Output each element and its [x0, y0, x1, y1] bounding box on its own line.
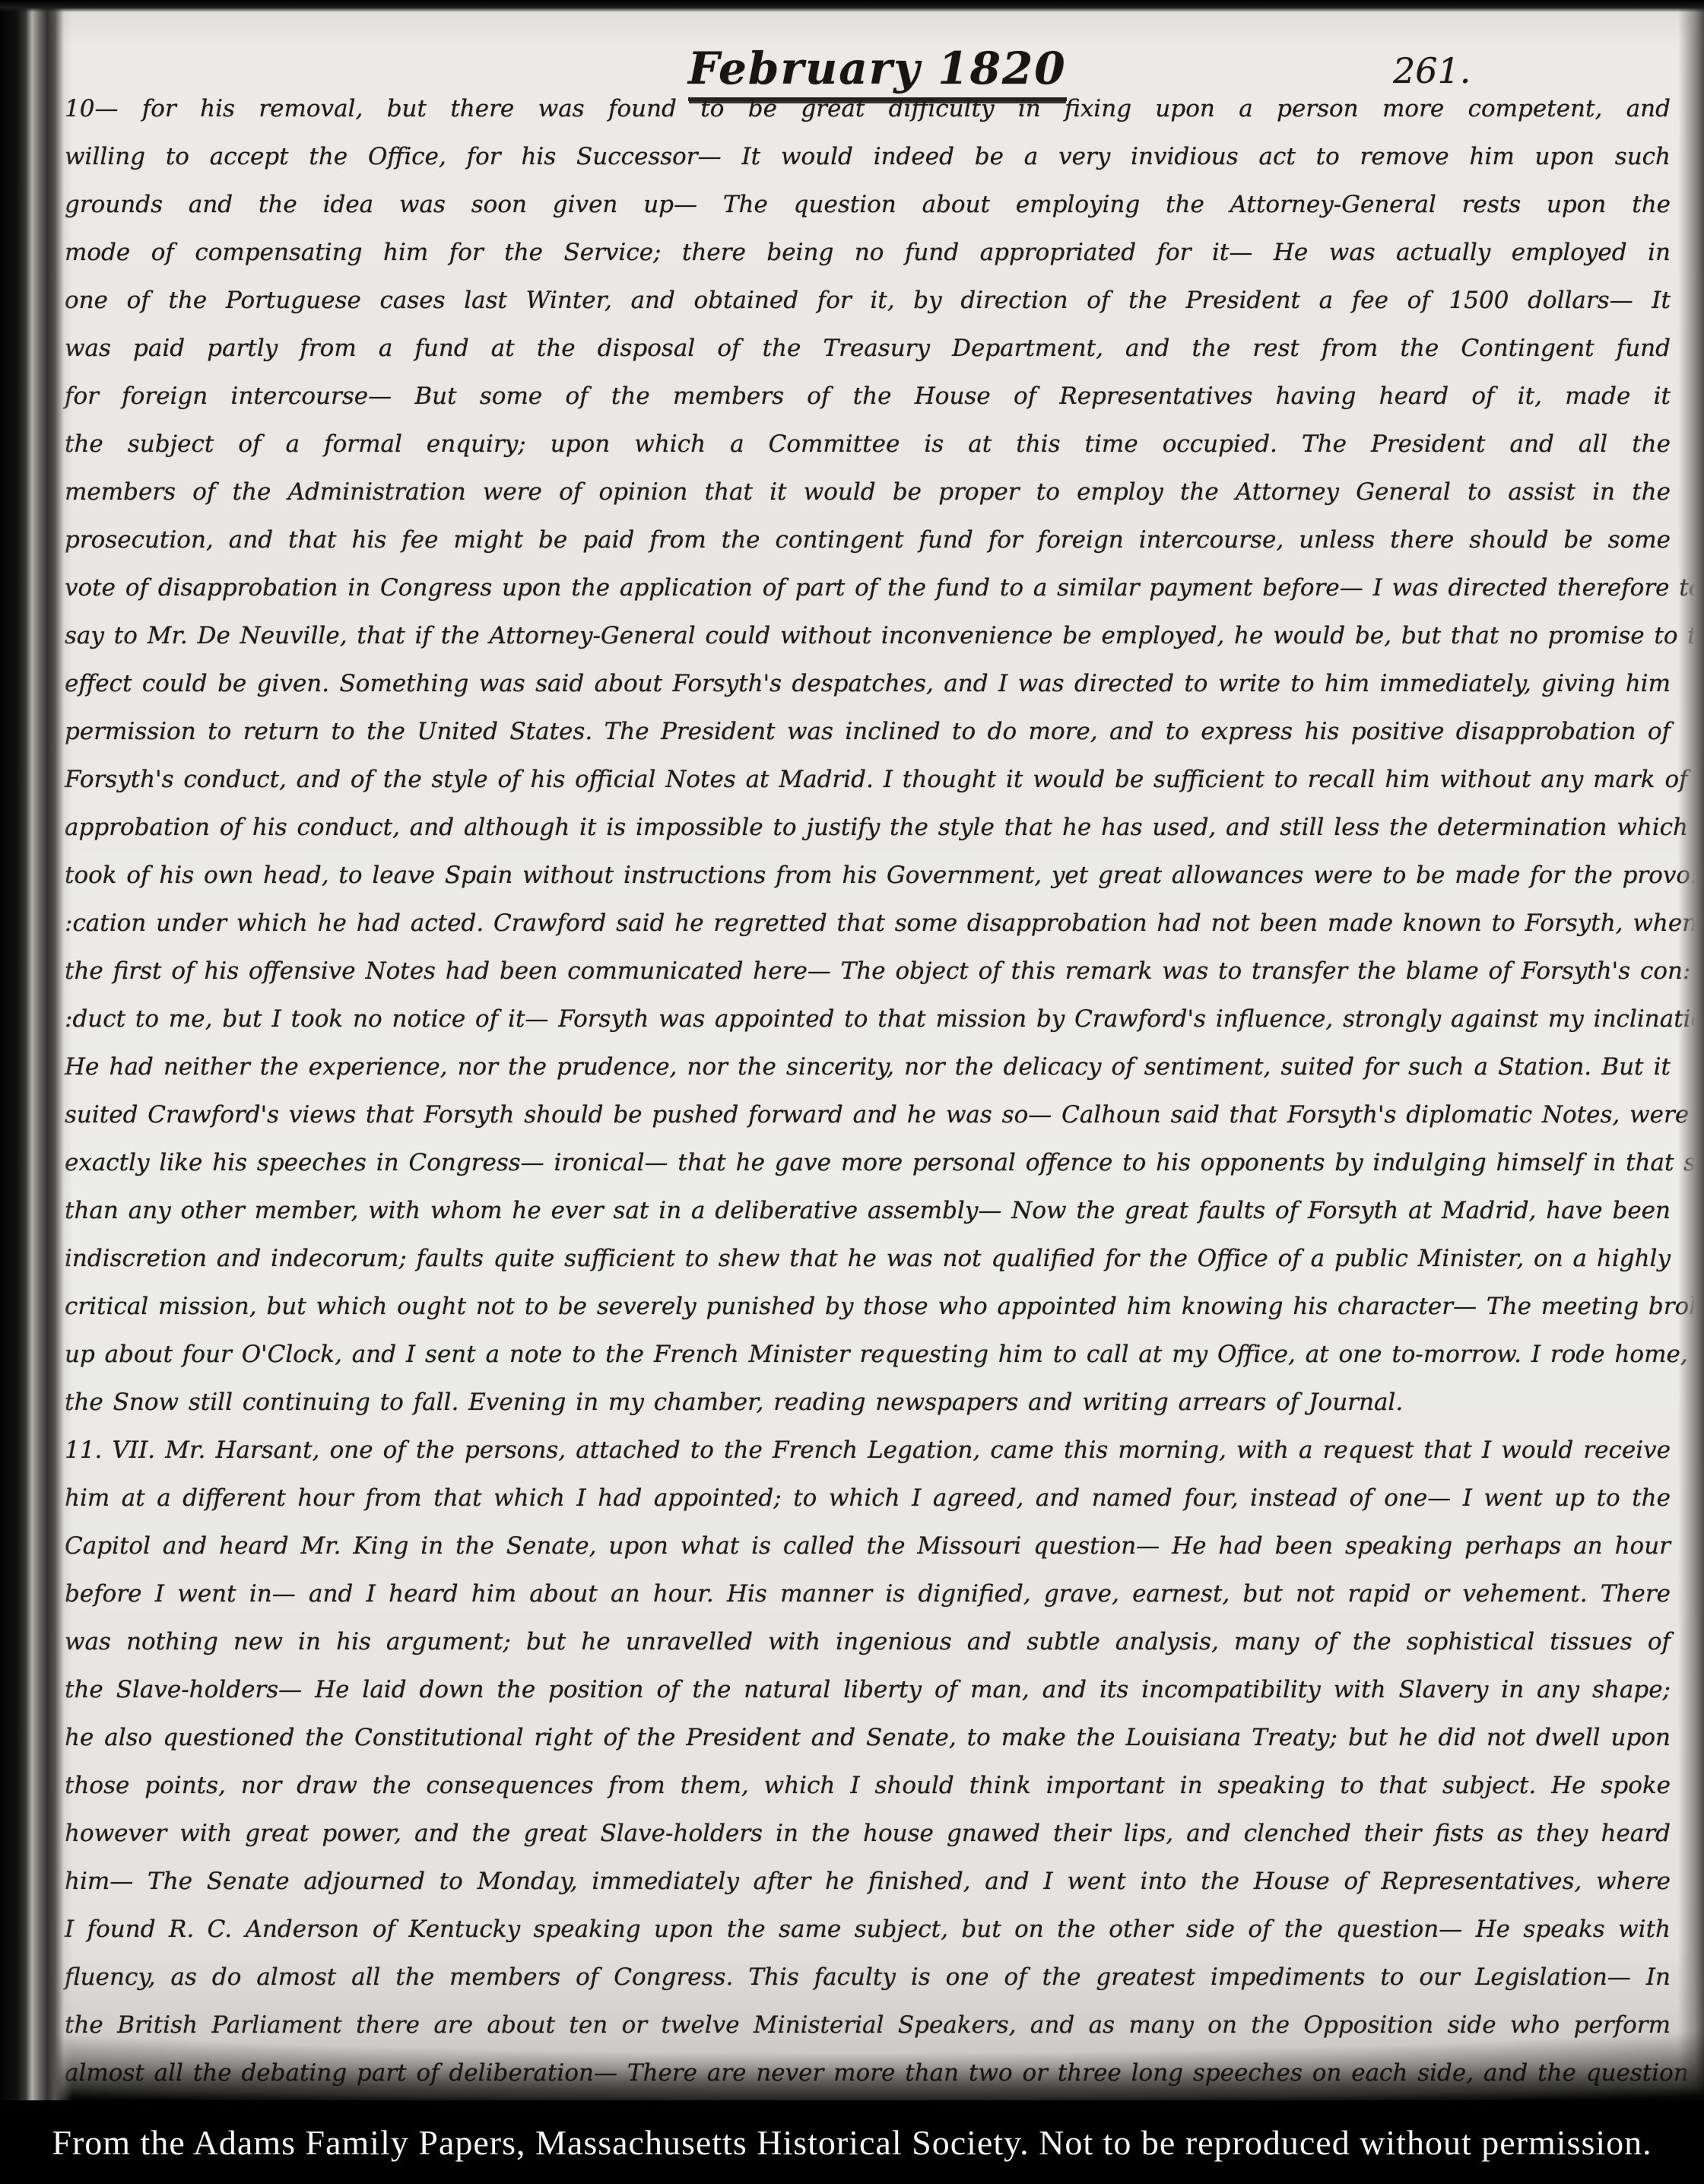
manuscript-line: He had neither the experience, nor the p… [65, 1043, 1671, 1091]
manuscript-line: the subject of a formal enquiry; upon wh… [65, 421, 1671, 468]
manuscript-line: before I went in— and I heard him about … [65, 1570, 1671, 1618]
manuscript-page: February 1820 261. 10— for his removal, … [0, 0, 1704, 2100]
archive-caption: From the Adams Family Papers, Massachuse… [52, 2122, 1652, 2163]
manuscript-line: say to Mr. De Neuville, that if the Atto… [65, 612, 1671, 660]
manuscript-line: 11. VII. Mr. Harsant, one of the persons… [65, 1427, 1671, 1475]
manuscript-line: him at a different hour from that which … [65, 1475, 1671, 1522]
manuscript-line: was nothing new in his argument; but he … [65, 1618, 1671, 1666]
diary-entry-february-11: 11. VII. Mr. Harsant, one of the persons… [65, 1427, 1671, 2097]
manuscript-line: however with great power, and the great … [65, 1810, 1671, 1858]
manuscript-line: I found R. C. Anderson of Kentucky speak… [65, 1906, 1671, 1954]
page-bottom-shadow [0, 2029, 1704, 2100]
manuscript-line: willing to accept the Office, for his Su… [65, 133, 1671, 181]
manuscript-line: the Slave-holders— He laid down the posi… [65, 1666, 1671, 1714]
manuscript-line: :duct to me, but I took no notice of it—… [65, 995, 1671, 1043]
scan-top-edge [0, 0, 1704, 12]
manuscript-line: him— The Senate adjourned to Monday, imm… [65, 1858, 1671, 1906]
manuscript-line: vote of disapprobation in Congress upon … [65, 564, 1671, 612]
manuscript-line: effect could be given. Something was sai… [65, 660, 1671, 708]
manuscript-line: than any other member, with whom he ever… [65, 1187, 1671, 1235]
manuscript-line: 10— for his removal, but there was found… [65, 85, 1671, 133]
manuscript-line: approbation of his conduct, and although… [65, 804, 1671, 852]
manuscript-line: those points, nor draw the consequences … [65, 1762, 1671, 1810]
manuscript-line: suited Crawford's views that Forsyth sho… [65, 1091, 1671, 1139]
manuscript-line: Capitol and heard Mr. King in the Senate… [65, 1522, 1671, 1570]
manuscript-line: members of the Administration were of op… [65, 468, 1671, 516]
page-right-edge-shadow [1678, 0, 1704, 2100]
manuscript-line: one of the Portuguese cases last Winter,… [65, 277, 1671, 325]
manuscript-line: was paid partly from a fund at the dispo… [65, 325, 1671, 373]
manuscript-line: took of his own head, to leave Spain wit… [65, 852, 1671, 900]
manuscript-line: indiscretion and indecorum; faults quite… [65, 1235, 1671, 1283]
manuscript-line: Forsyth's conduct, and of the style of h… [65, 756, 1671, 804]
manuscript-line: grounds and the idea was soon given up— … [65, 181, 1671, 229]
manuscript-line: the first of his offensive Notes had bee… [65, 948, 1671, 995]
manuscript-line: permission to return to the United State… [65, 708, 1671, 756]
manuscript-line: fluency, as do almost all the members of… [65, 1954, 1671, 2001]
manuscript-line: for foreign intercourse— But some of the… [65, 373, 1671, 421]
manuscript-line: the Snow still continuing to fall. Eveni… [65, 1379, 1671, 1427]
manuscript-line: prosecution, and that his fee might be p… [65, 516, 1671, 564]
book-gutter-shadow [0, 0, 72, 2184]
manuscript-line: he also questioned the Constitutional ri… [65, 1714, 1671, 1762]
manuscript-body: 10— for his removal, but there was found… [65, 85, 1671, 2097]
manuscript-line: :cation under which he had acted. Crawfo… [65, 900, 1671, 948]
manuscript-line: up about four O'Clock, and I sent a note… [65, 1331, 1671, 1379]
manuscript-line: critical mission, but which ought not to… [65, 1283, 1671, 1331]
diary-entry-february-10: 10— for his removal, but there was found… [65, 85, 1671, 1427]
manuscript-line: exactly like his speeches in Congress— i… [65, 1139, 1671, 1187]
caption-bar: From the Adams Family Papers, Massachuse… [0, 2100, 1704, 2184]
manuscript-line: mode of compensating him for the Service… [65, 229, 1671, 277]
manuscript-scan: February 1820 261. 10— for his removal, … [0, 0, 1704, 2184]
